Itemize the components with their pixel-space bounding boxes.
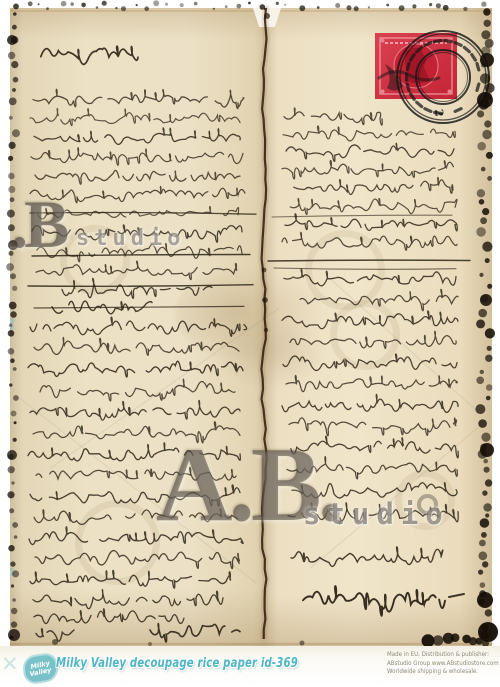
teal-ghost-glyph: △ <box>487 586 492 597</box>
ghost-crest-ornament <box>215 318 325 388</box>
publisher-line: Made in EU. Distribution & publisher: <box>387 651 488 660</box>
teal-ghost-glyph: B <box>10 315 16 336</box>
publisher-info: Made in EU. Distribution & publisher: AB… <box>387 651 488 677</box>
ghost-ring-icon <box>417 494 438 515</box>
publisher-line: Worldwide shipping & wholesale. <box>387 668 488 677</box>
publisher-line: ABstudio Group www.ABstudiostore.com <box>387 660 488 669</box>
product-title: Milky Valley decoupage rice paper id-369 <box>56 656 298 671</box>
ghost-seal-ring <box>60 225 130 295</box>
letter-paper: B P △ <box>10 8 492 646</box>
rice-paper-product-photo: B P △ 2 <box>0 0 500 687</box>
ghost-seal-ring <box>75 500 160 585</box>
product-footer-bar: ✕ Milky Valley Milky Valley decoupage ri… <box>0 646 500 687</box>
milky-valley-badge: Milky Valley <box>21 652 60 686</box>
teal-ghost-glyph: P <box>10 565 15 586</box>
weave-mark-icon: ✕ <box>1 652 19 676</box>
